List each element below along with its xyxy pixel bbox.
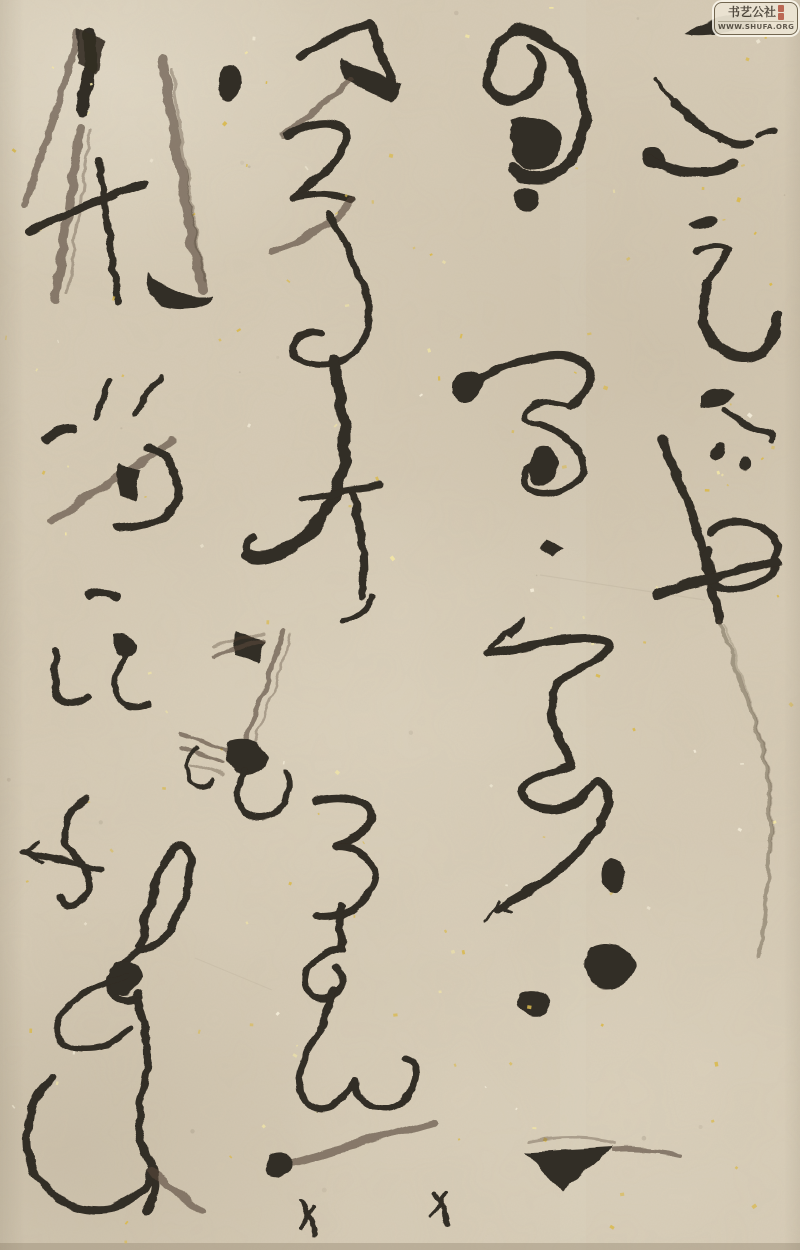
calligraphy-artwork: [0, 0, 800, 1250]
paper-texture: [0, 0, 800, 1250]
calligraphy-scan: 书艺公社 WWW.SHUFA.ORG: [0, 0, 800, 1250]
watermark-seal-icon: [778, 5, 784, 20]
watermark-badge: 书艺公社 WWW.SHUFA.ORG: [714, 2, 798, 35]
watermark-site-name: 书艺公社: [728, 5, 776, 20]
watermark-url: WWW.SHUFA.ORG: [718, 21, 794, 32]
